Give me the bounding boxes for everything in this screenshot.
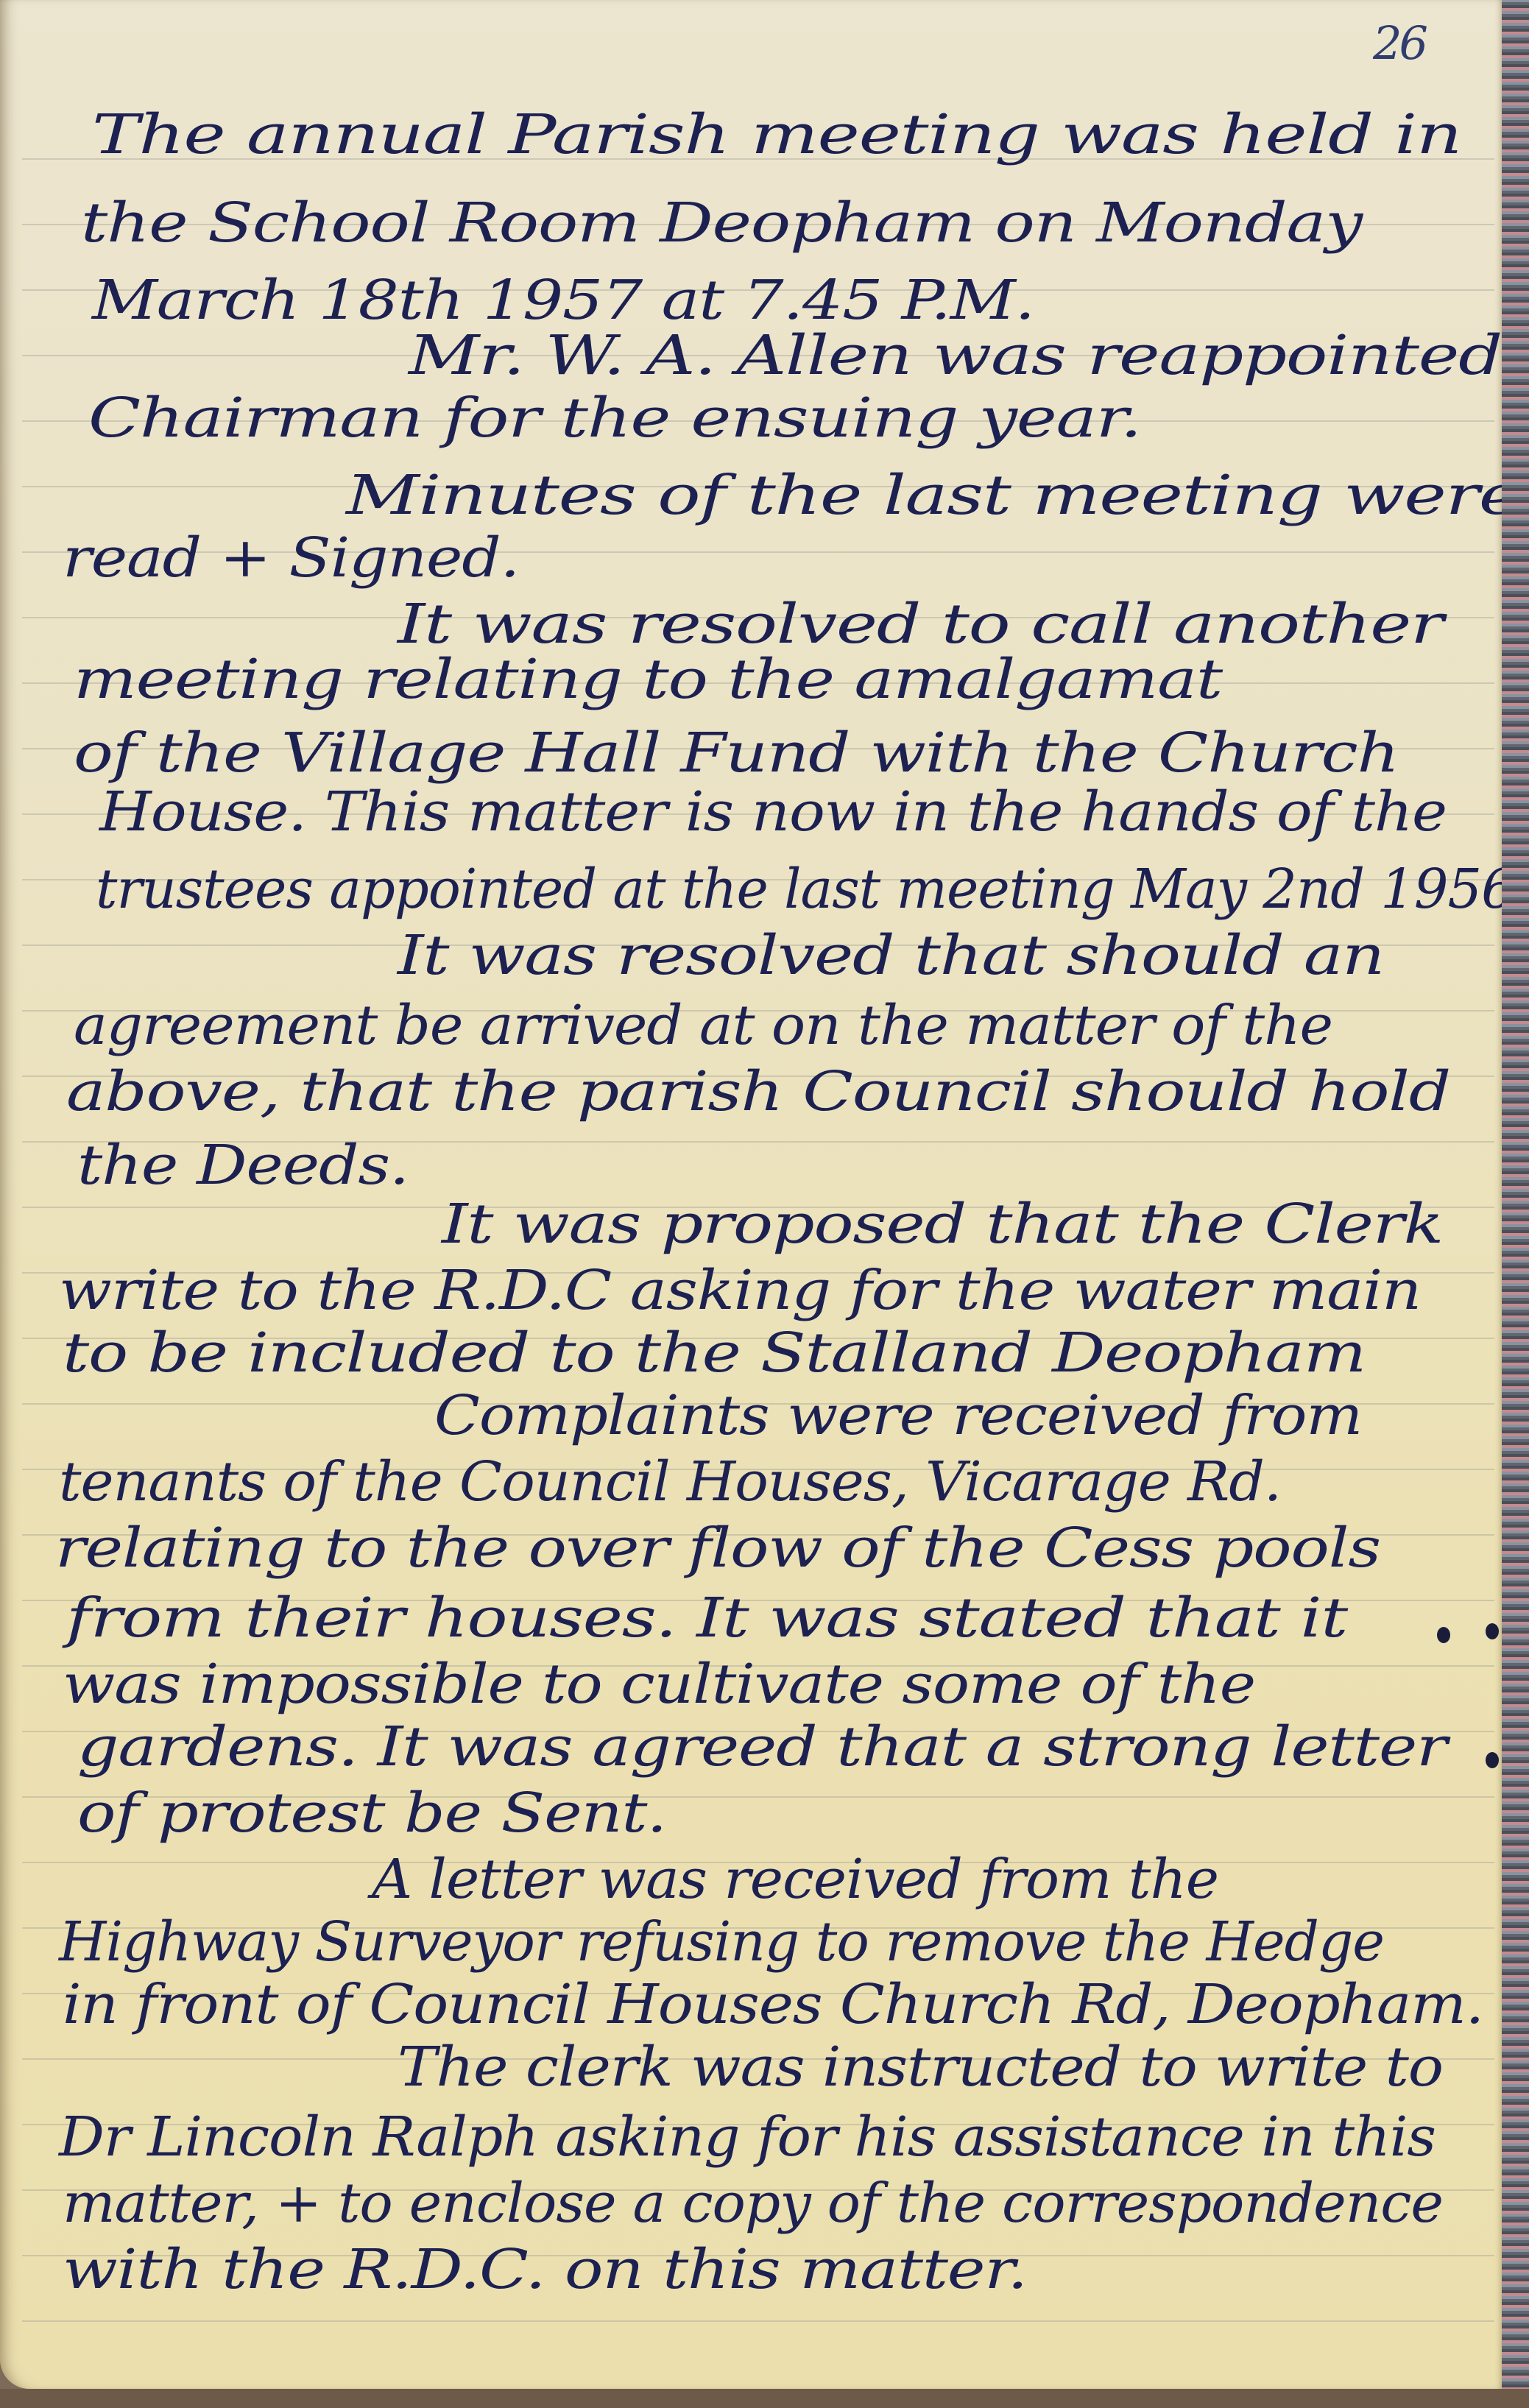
handwritten-line: relating to the over flow of the Cess po… (55, 1517, 1380, 1580)
handwritten-line: with the R.D.C. on this matter. (63, 2238, 1027, 2301)
page-number: 26 (1373, 16, 1425, 70)
ruled-line (22, 2320, 1494, 2322)
handwritten-line: It was resolved to call another (398, 593, 1443, 656)
ink-blot (1486, 1752, 1499, 1768)
handwritten-line: It was proposed that the Clerk (442, 1193, 1443, 1256)
handwritten-line: agreement be arrived at on the matter of… (74, 994, 1332, 1057)
handwritten-line: Dr Lincoln Ralph asking for his assistan… (59, 2105, 1436, 2169)
handwritten-line: The annual Parish meeting was held in (92, 103, 1461, 166)
handwritten-line: March 18th 1957 at 7.45 P.M. (92, 269, 1034, 332)
ink-blot (1486, 1623, 1499, 1639)
handwritten-line: Chairman for the ensuing year. (88, 386, 1141, 450)
handwritten-line: Minutes of the last meeting were (346, 464, 1520, 527)
handwritten-line: of protest be Sent. (77, 1782, 666, 1845)
handwritten-line: Highway Surveyor refusing to remove the … (59, 1910, 1384, 1974)
handwritten-line: meeting relating to the amalgamat (74, 648, 1222, 711)
handwritten-line: of the Village Hall Fund with the Church (74, 721, 1399, 785)
handwritten-line: A letter was received from the (372, 1848, 1218, 1911)
handwritten-line: was impossible to cultivate some of the (63, 1653, 1255, 1716)
handwritten-line: in front of Council Houses Church Rd, De… (63, 1973, 1483, 2036)
handwritten-line: from their houses. It was stated that it (66, 1586, 1347, 1650)
ink-blot (1437, 1627, 1450, 1643)
handwritten-line: trustees appointed at the last meeting M… (96, 858, 1529, 921)
handwritten-line: read + Signed. (63, 526, 519, 590)
handwritten-line: tenants of the Council Houses, Vicarage … (59, 1450, 1281, 1514)
handwritten-line: It was resolved that should an (398, 924, 1384, 987)
handwritten-line: the School Room Deopham on Monday (81, 191, 1362, 255)
handwritten-line: write to the R.D.C asking for the water … (59, 1259, 1421, 1322)
handwritten-line: Mr. W. A. Allen was reappointed (409, 324, 1502, 387)
handwritten-line: gardens. It was agreed that a strong let… (77, 1715, 1447, 1779)
book-cover-edge (0, 2389, 1529, 2408)
handwritten-line: matter, + to enclose a copy of the corre… (63, 2172, 1443, 2235)
handwritten-line: The clerk was instructed to write to (398, 2035, 1443, 2099)
book-edge (1502, 0, 1529, 2408)
notebook-page: 26 The annual Parish meeting was held in… (0, 0, 1502, 2389)
handwritten-line: House. This matter is now in the hands o… (99, 780, 1447, 844)
handwritten-line: to be included to the Stalland Deopham (63, 1321, 1366, 1385)
handwritten-line: the Deeds. (77, 1134, 409, 1197)
handwritten-line: Complaints were received from (434, 1384, 1362, 1447)
handwritten-line: above, that the parish Council should ho… (66, 1060, 1450, 1123)
